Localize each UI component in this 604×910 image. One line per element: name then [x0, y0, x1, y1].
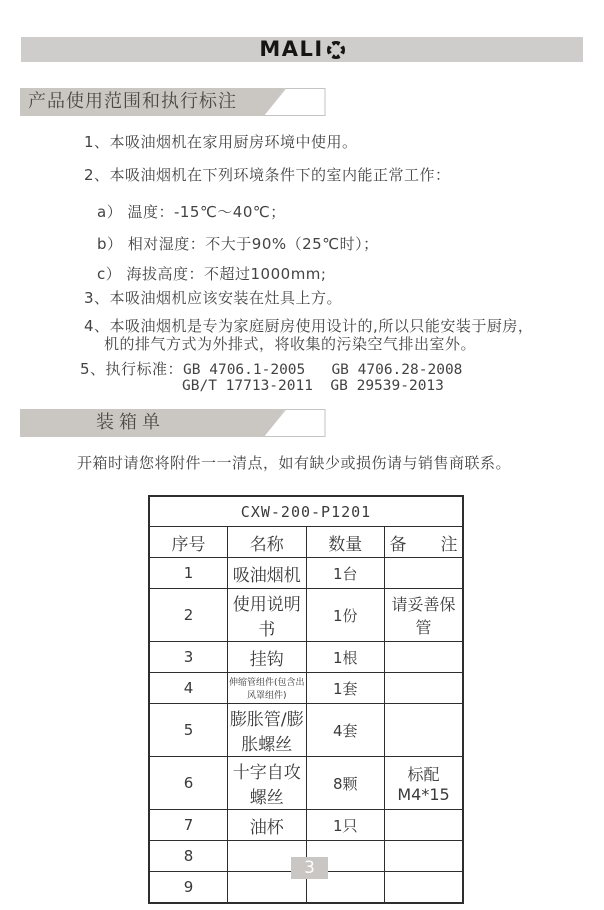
page-number: 3 [291, 857, 328, 879]
col-header-no: 序号 [149, 527, 228, 558]
cell-qty: 1只 [306, 810, 385, 841]
col-header-note: 备 注 [385, 527, 464, 558]
cell-no: 2 [149, 589, 228, 642]
table-header-row: 序号 名称 数量 备 注 [149, 527, 463, 558]
col-header-qty: 数量 [306, 527, 385, 558]
cell-no: 7 [149, 810, 228, 841]
table-row: 6 十字自攻螺丝 8颗 标配M4*15 [149, 757, 463, 810]
model-row: CXW-200-P1201 [149, 496, 463, 527]
cell-qty: 4套 [306, 704, 385, 757]
manual-page: MALI 产品使用范围和执行标注 1、本吸油烟机在家用厨房环境中使用。 2、本吸… [0, 0, 604, 910]
cell-note [385, 642, 464, 673]
usage-item-3: 3、本吸油烟机应该安装在灶具上方。 [84, 290, 342, 307]
cell-qty: 1台 [306, 558, 385, 589]
cell-no: 4 [149, 673, 228, 704]
packing-intro: 开箱时请您将附件一一清点，如有缺少或损伤请与销售商联系。 [77, 455, 511, 472]
table-row: 3 挂钩 1根 [149, 642, 463, 673]
cell-note [385, 558, 464, 589]
usage-subitem-b: b） 相对湿度：不大于90%（25℃时）； [97, 236, 379, 253]
cell-no: 8 [149, 841, 228, 872]
cell-note [385, 704, 464, 757]
header-band: MALI [21, 37, 583, 62]
shutter-ring-icon [327, 41, 345, 59]
cell-note [385, 841, 464, 872]
cell-name: 十字自攻螺丝 [228, 757, 307, 810]
cell-name: 膨胀管/膨胀螺丝 [228, 704, 307, 757]
table-row: 7 油杯 1只 [149, 810, 463, 841]
cell-note [385, 872, 464, 904]
cell-no: 6 [149, 757, 228, 810]
cell-no: 9 [149, 872, 228, 904]
cell-no: 1 [149, 558, 228, 589]
section-title-usage: 产品使用范围和执行标注 [20, 88, 326, 116]
col-header-name: 名称 [228, 527, 307, 558]
usage-item-5-codes-1: GB 4706.1-2005 GB 4706.28-2008 [183, 362, 462, 378]
table-row: 5 膨胀管/膨胀螺丝 4套 [149, 704, 463, 757]
table-row: 1 吸油烟机 1台 [149, 558, 463, 589]
cell-no: 3 [149, 642, 228, 673]
model-number: CXW-200-P1201 [149, 496, 463, 527]
usage-item-4-line2: 机的排气方式为外排式，将收集的污染空气排出室外。 [104, 336, 476, 353]
usage-item-1: 1、本吸油烟机在家用厨房环境中使用。 [84, 134, 358, 151]
section-header-packing: 装箱单 [20, 409, 326, 437]
section-title-packing: 装箱单 [20, 409, 326, 437]
cell-note: 标配M4*15 [385, 757, 464, 810]
brand-logo: MALI [21, 37, 583, 62]
section-header-usage: 产品使用范围和执行标注 [20, 88, 326, 116]
usage-subitem-a: a） 温度：-15℃～40℃； [97, 204, 286, 221]
cell-name: 吸油烟机 [228, 558, 307, 589]
cell-note [385, 810, 464, 841]
cell-name: 挂钩 [228, 642, 307, 673]
brand-logo-text: MALI [259, 39, 323, 60]
table-row: 4 伸缩管组件(包含出风罩组件) 1套 [149, 673, 463, 704]
usage-item-2: 2、本吸油烟机在下列环境条件下的室内能正常工作： [84, 167, 451, 184]
table-row: 2 使用说明书 1份 请妥善保管 [149, 589, 463, 642]
cell-name: 油杯 [228, 810, 307, 841]
cell-note: 请妥善保管 [385, 589, 464, 642]
cell-no: 5 [149, 704, 228, 757]
cell-qty: 1份 [306, 589, 385, 642]
cell-qty: 1套 [306, 673, 385, 704]
cell-qty: 1根 [306, 642, 385, 673]
cell-name: 使用说明书 [228, 589, 307, 642]
usage-item-5-label: 5、执行标准： [80, 360, 183, 378]
packing-list-table: CXW-200-P1201 序号 名称 数量 备 注 1 吸油烟机 1台 2 使… [148, 495, 464, 904]
cell-name: 伸缩管组件(包含出风罩组件) [228, 673, 307, 704]
usage-item-4-line1: 4、本吸油烟机是专为家庭厨房使用设计的,所以只能安装于厨房， [84, 318, 533, 335]
cell-note [385, 673, 464, 704]
cell-qty: 8颗 [306, 757, 385, 810]
usage-item-5: 5、执行标准：GB 4706.1-2005 GB 4706.28-2008 [80, 361, 462, 379]
usage-subitem-c: c） 海拔高度：不超过1000mm; [97, 266, 326, 283]
usage-item-5-codes-2: GB/T 17713-2011 GB 29539-2013 [182, 378, 444, 395]
